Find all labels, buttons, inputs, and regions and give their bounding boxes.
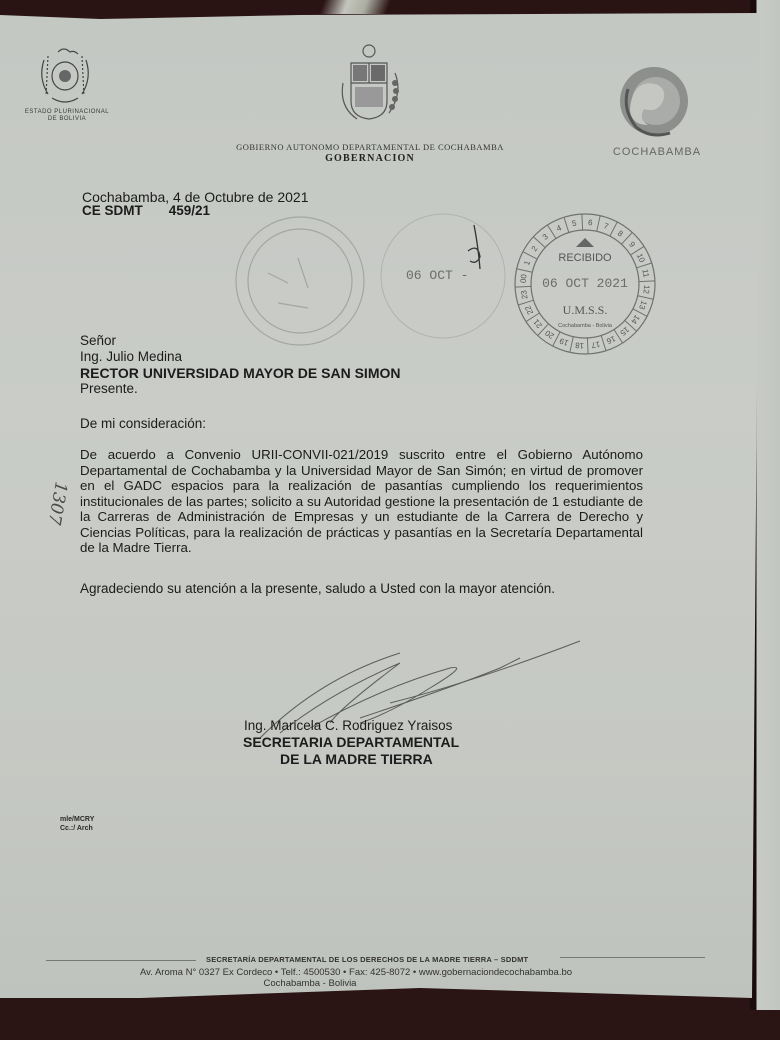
svg-text:22: 22: [523, 304, 535, 316]
cochabamba-coat-of-arms-icon: [333, 43, 405, 135]
svg-text:23: 23: [519, 289, 530, 300]
svg-text:1307: 1307: [44, 480, 70, 526]
svg-text:14: 14: [629, 313, 642, 326]
svg-text:17: 17: [590, 339, 601, 350]
svg-text:6: 6: [588, 218, 594, 227]
svg-text:13: 13: [637, 299, 649, 311]
right-logo-label: COCHABAMBA: [597, 146, 717, 158]
svg-text:06 OCT 2021: 06 OCT 2021: [542, 276, 628, 291]
reference-number: 459/21: [169, 203, 210, 218]
addressee-position: RECTOR UNIVERSIDAD MAYOR DE SAN SIMON: [80, 365, 400, 381]
svg-text:00: 00: [519, 273, 529, 283]
reference-prefix: CE SDMT: [82, 203, 143, 218]
svg-text:12: 12: [641, 285, 651, 295]
greeting: De mi consideración:: [80, 416, 206, 431]
svg-text:21: 21: [531, 317, 544, 330]
svg-text:5: 5: [571, 218, 577, 228]
faint-stamp-icon: [228, 213, 373, 348]
svg-text:10: 10: [635, 252, 647, 264]
footer-city: Cochabamba - Bolivia: [140, 978, 480, 989]
light-glare: [315, 0, 405, 14]
svg-text:19: 19: [558, 336, 570, 348]
svg-text:4: 4: [555, 223, 563, 233]
signer-title: SECRETARIA DEPARTAMENTAL: [243, 734, 459, 750]
svg-text:20: 20: [543, 328, 556, 341]
footer-divider-left: [46, 960, 196, 961]
closing: Agradeciendo su atención a la presente, …: [80, 581, 555, 596]
signer-name: Ing. Maricela C. Rodriguez Yraisos: [244, 718, 452, 733]
svg-text:18: 18: [574, 340, 584, 350]
addressee-presente: Presente.: [80, 381, 138, 396]
signer-department: DE LA MADRE TIERRA: [280, 751, 433, 767]
svg-text:9: 9: [627, 240, 637, 250]
faint-received-stamp-icon: 06 OCT -: [378, 211, 508, 341]
svg-text:Cochabamba - Bolivia: Cochabamba - Bolivia: [558, 323, 613, 329]
svg-text:RECIBIDO: RECIBIDO: [558, 252, 612, 264]
government-name: GOBIERNO AUTONOMO DEPARTAMENTAL DE COCHA…: [150, 142, 590, 152]
received-stamp: 123456789101112131415161718192021222300 …: [512, 209, 658, 359]
addressee-salutation: Señor: [80, 333, 116, 348]
svg-text:11: 11: [640, 268, 650, 278]
reference-code: CE SDMT459/21: [82, 203, 210, 218]
left-seal-label: ESTADO PLURINACIONAL DE BOLIVIA: [22, 109, 112, 123]
svg-text:8: 8: [616, 229, 625, 239]
svg-text:1: 1: [522, 259, 532, 267]
footer-divider-right: [560, 957, 705, 958]
addressee-name: Ing. Julio Medina: [80, 349, 182, 364]
svg-text:3: 3: [541, 232, 551, 242]
cochabamba-logo-icon: [614, 63, 694, 143]
footer-department: SECRETARÍA DEPARTAMENTAL DE LOS DERECHOS…: [206, 955, 528, 964]
svg-text:2: 2: [530, 244, 540, 253]
reference-initials: mle/MCRY Cc.:/ Arch: [60, 815, 94, 833]
svg-text:16: 16: [605, 334, 617, 346]
svg-text:U.M.S.S.: U.M.S.S.: [563, 303, 608, 317]
bolivia-coat-of-arms-icon: [30, 46, 100, 108]
svg-text:06 OCT -: 06 OCT -: [406, 268, 468, 283]
government-subtitle: GOBERNACION: [150, 153, 590, 164]
letter-page: ESTADO PLURINACIONAL DE BOLIVIA GOBIERNO…: [0, 13, 760, 998]
margin-handwriting: 1307: [30, 475, 70, 555]
letter-body: De acuerdo a Convenio URII-CONVII-021/20…: [80, 447, 643, 556]
svg-text:7: 7: [602, 221, 610, 231]
svg-text:15: 15: [618, 325, 631, 338]
footer-address: Av. Aroma N° 0327 Ex Cordeco • Telf.: 45…: [140, 967, 572, 978]
